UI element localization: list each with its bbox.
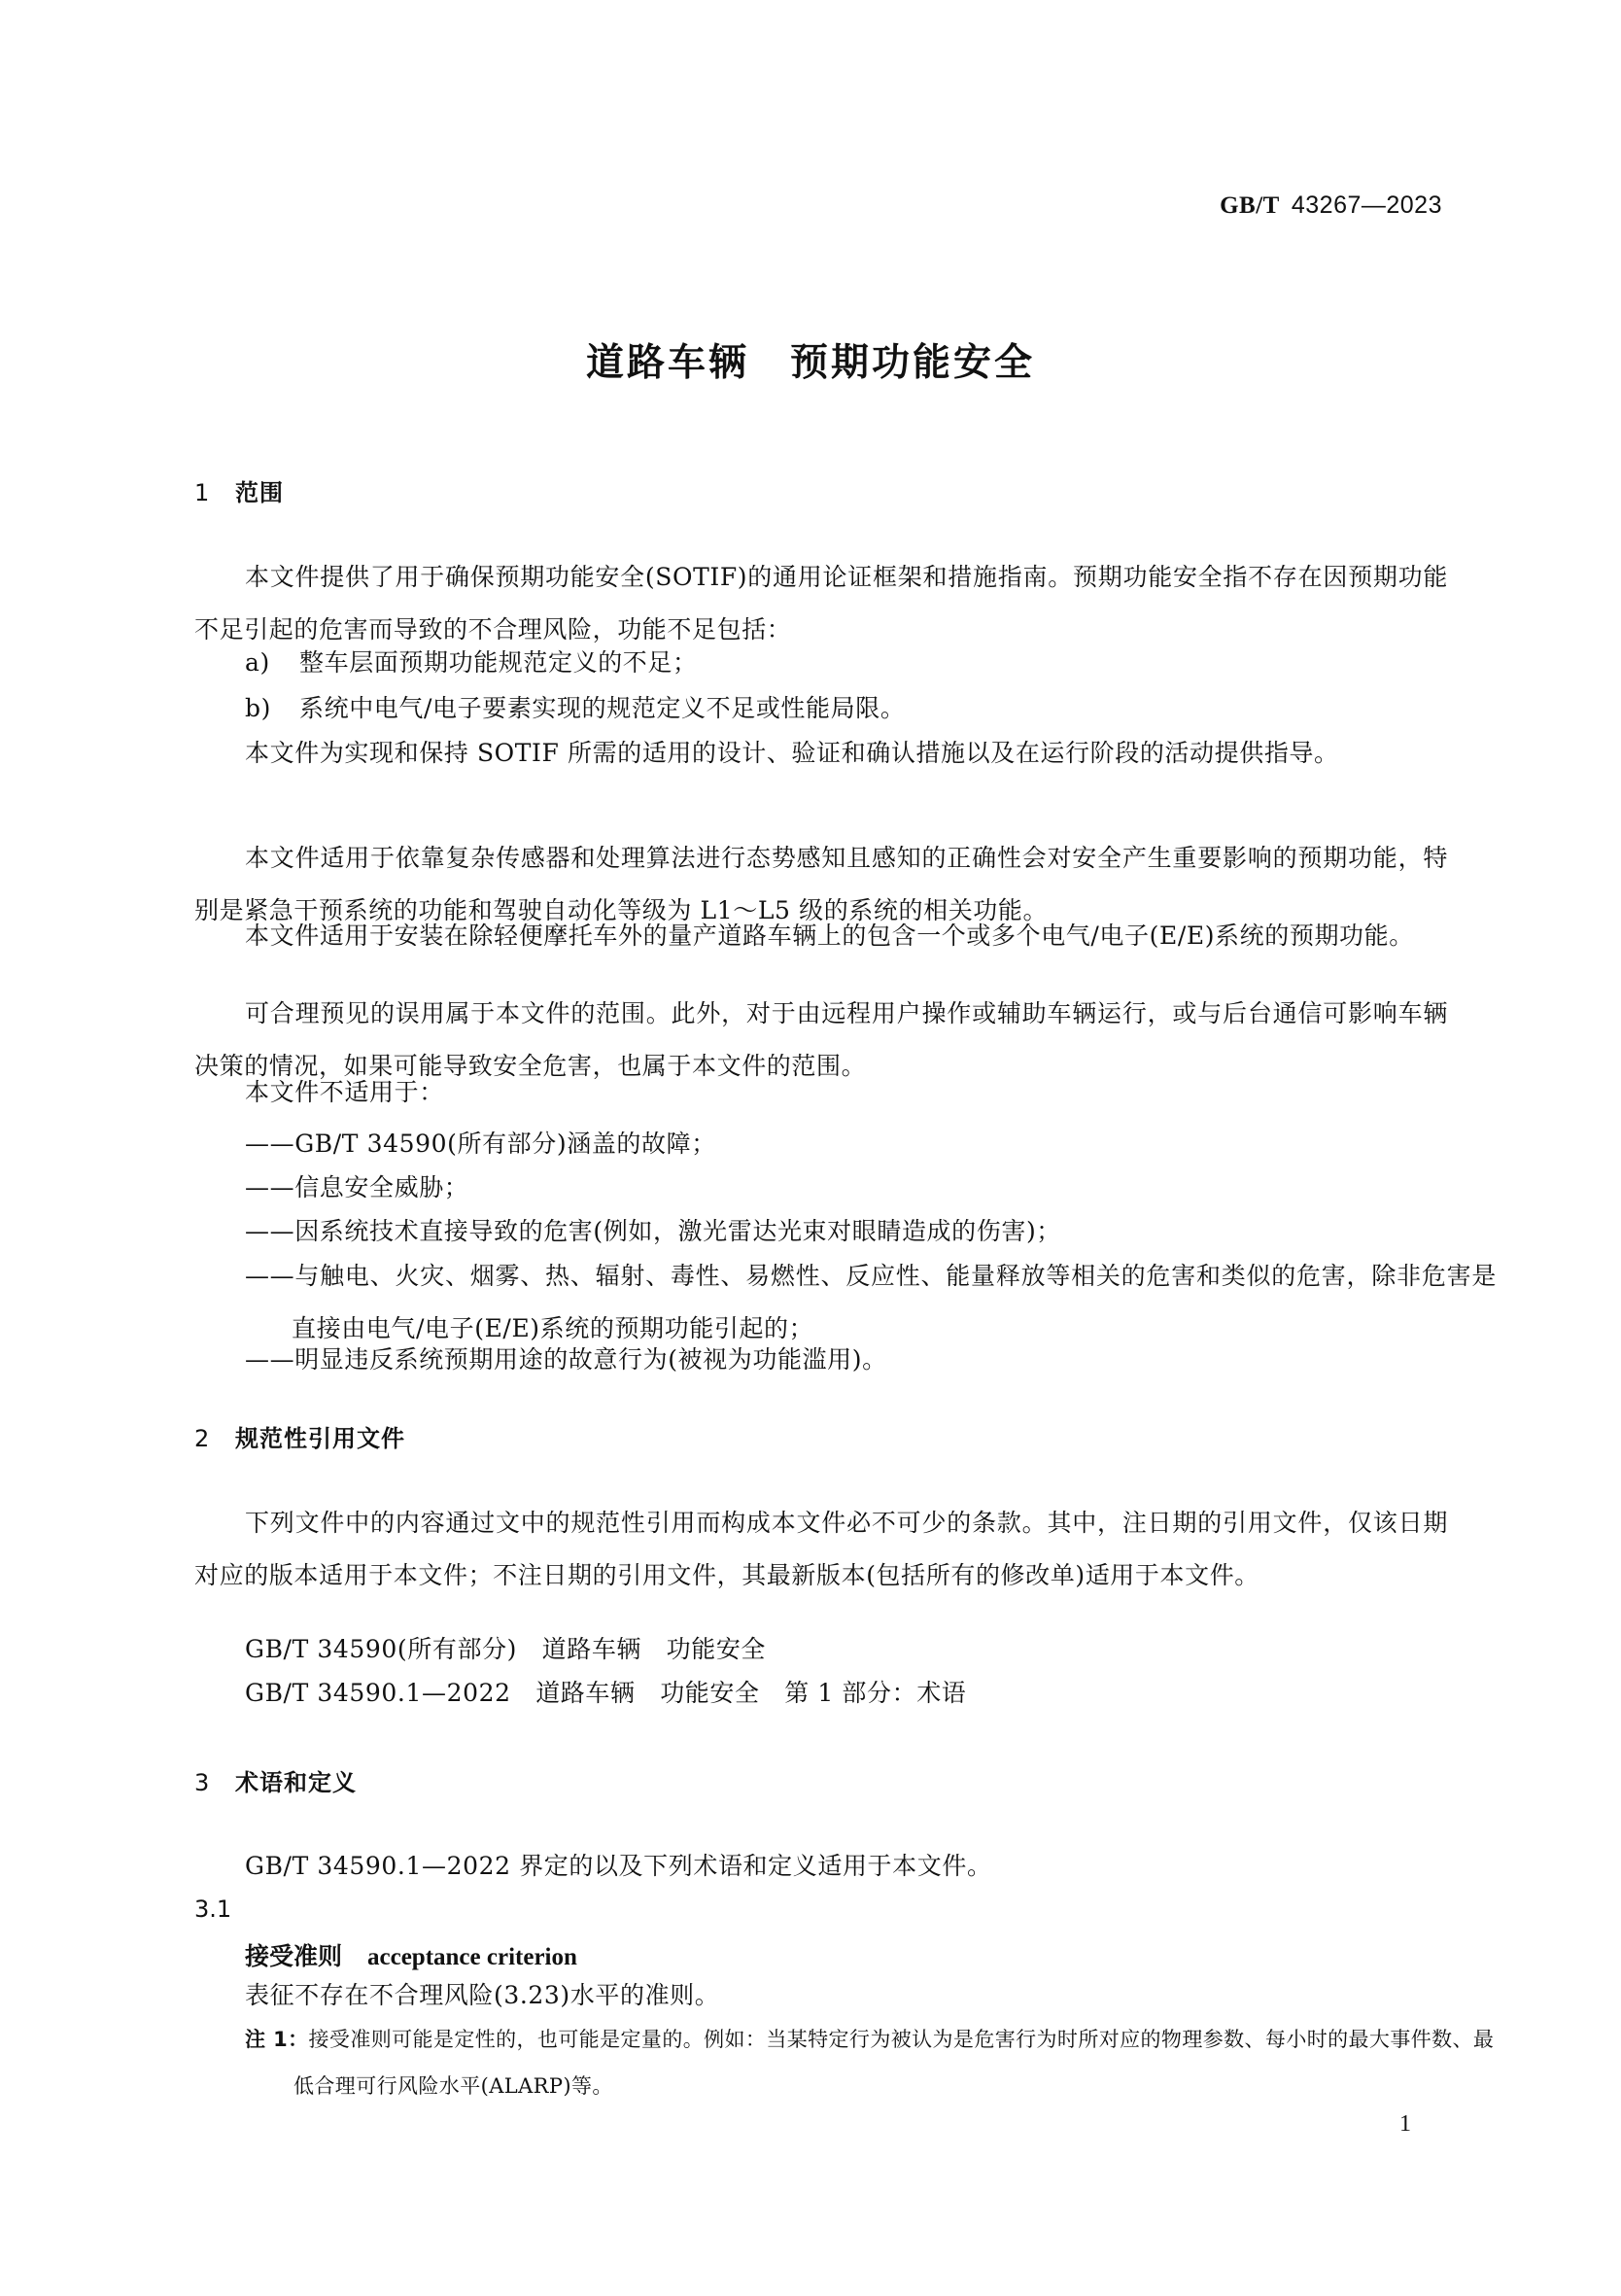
reference-item: GB/T 34590.1—2022 道路车辆 功能安全 第 1 部分：术语 bbox=[245, 1679, 966, 1708]
section-number: 1 bbox=[194, 479, 235, 506]
note-text: 接受准则可能是定性的，也可能是定量的。例如：当某特定行为被认为是危害行为时所对应… bbox=[293, 2028, 1494, 2098]
section-title: 规范性引用文件 bbox=[235, 1425, 405, 1452]
section-number: 3 bbox=[194, 1769, 235, 1796]
term-note: 注 1：接受准则可能是定性的，也可能是定量的。例如：当某特定行为被认为是危害行为… bbox=[245, 2016, 1499, 2109]
section-heading-scope: 1范围 bbox=[194, 473, 284, 507]
term-english: acceptance criterion bbox=[367, 1944, 577, 1970]
scope-paragraph-6: 本文件不适用于： bbox=[194, 1066, 1448, 1119]
standard-code: 43267—2023 bbox=[1292, 191, 1442, 219]
reference-item: GB/T 34590(所有部分) 道路车辆 功能安全 bbox=[245, 1635, 766, 1664]
page-number: 1 bbox=[1399, 2111, 1411, 2138]
list-marker: b) bbox=[245, 694, 299, 723]
list-item-a: a)整车层面预期功能规范定义的不足； bbox=[245, 648, 698, 678]
term-number: 3.1 bbox=[194, 1896, 231, 1923]
section-heading-normative-references: 2规范性引用文件 bbox=[194, 1419, 405, 1453]
exclusion-item: ——明显违反系统预期用途的故意行为(被视为功能滥用)。 bbox=[245, 1334, 1450, 1386]
references-paragraph: 下列文件中的内容通过文中的规范性引用而构成本文件必不可少的条款。其中，注日期的引… bbox=[194, 1497, 1448, 1602]
list-text: 整车层面预期功能规范定义的不足； bbox=[299, 648, 698, 677]
term-chinese: 接受准则 bbox=[245, 1942, 342, 1970]
standard-prefix: GB/T bbox=[1220, 192, 1280, 219]
list-text: 系统中电气/电子要素实现的规范定义不足或性能局限。 bbox=[299, 694, 905, 722]
standard-number: GB/T43267—2023 bbox=[1220, 191, 1442, 220]
scope-paragraph-4: 本文件适用于安装在除轻便摩托车外的量产道路车辆上的包含一个或多个电气/电子(E/… bbox=[194, 910, 1448, 962]
note-label: 注 1： bbox=[245, 2028, 309, 2051]
document-page: GB/T43267—2023 道路车辆 预期功能安全 1范围 本文件提供了用于确… bbox=[0, 0, 1621, 2296]
document-title: 道路车辆 预期功能安全 bbox=[0, 332, 1621, 387]
scope-paragraph-2: 本文件为实现和保持 SOTIF 所需的适用的设计、验证和确认措施以及在运行阶段的… bbox=[194, 727, 1448, 780]
list-item-b: b)系统中电气/电子要素实现的规范定义不足或性能局限。 bbox=[245, 694, 905, 723]
list-marker: a) bbox=[245, 648, 299, 678]
section-heading-terms-definitions: 3术语和定义 bbox=[194, 1763, 357, 1797]
term-definition: 表征不存在不合理风险(3.23)水平的准则。 bbox=[245, 1981, 719, 2010]
section-title: 范围 bbox=[235, 479, 284, 506]
term-entry: 接受准则acceptance criterion bbox=[245, 1937, 577, 1972]
terms-intro: GB/T 34590.1—2022 界定的以及下列术语和定义适用于本文件。 bbox=[245, 1852, 992, 1881]
section-title: 术语和定义 bbox=[235, 1769, 357, 1796]
section-number: 2 bbox=[194, 1425, 235, 1452]
scope-paragraph-1: 本文件提供了用于确保预期功能安全(SOTIF)的通用论证框架和措施指南。预期功能… bbox=[194, 551, 1448, 656]
